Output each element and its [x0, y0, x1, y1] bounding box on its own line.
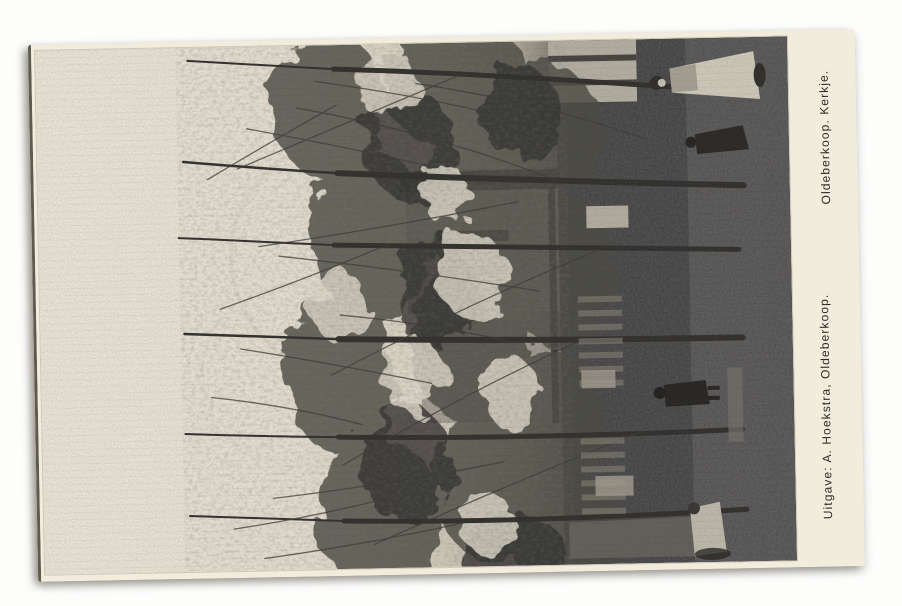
caption-publisher: Uitgave: A. Hoekstra, Oldeberkoop.	[817, 294, 835, 520]
caption-title: Oldeberkoop. Kerkje.	[817, 70, 834, 205]
postcard: Oldeberkoop. Kerkje. Uitgave: A. Hoekstr…	[28, 29, 865, 582]
scanner-background: Oldeberkoop. Kerkje. Uitgave: A. Hoekstr…	[0, 0, 902, 606]
photo-illustration	[35, 36, 797, 574]
postcard-photo	[34, 35, 798, 575]
photo-grain	[35, 36, 797, 574]
caption-strip: Oldeberkoop. Kerkje. Uitgave: A. Hoekstr…	[789, 29, 865, 567]
